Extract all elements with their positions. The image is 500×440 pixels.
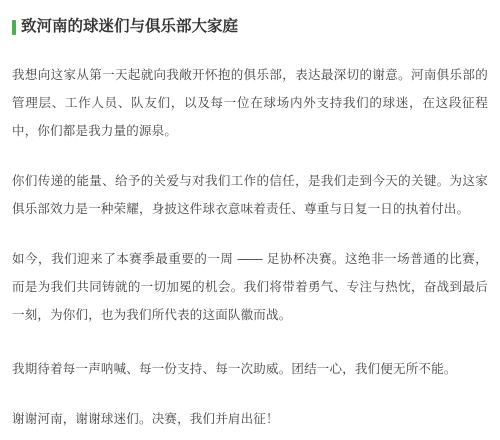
article-title-text: 致河南的球迷们与俱乐部大家庭 xyxy=(21,17,238,37)
paragraph-thanks-intro: 我想向这家从第一天起就向我敞开怀抱的俱乐部，表达最深切的谢意。河南俱乐部的管理层… xyxy=(12,61,488,145)
paragraph-energy-trust: 你们传递的能量、给予的关爱与对我们工作的信任，是我们走到今天的关键。为这家俱乐部… xyxy=(12,167,488,223)
title-accent-bar xyxy=(12,20,16,35)
paragraph-cup-final: 如今，我们迎来了本赛季最重要的一周 —— 足协杯决赛。这绝非一场普通的比赛，而是… xyxy=(12,245,488,329)
article-title: 致河南的球迷们与俱乐部大家庭 xyxy=(12,17,488,37)
article-page: 致河南的球迷们与俱乐部大家庭 我想向这家从第一天起就向我敞开怀抱的俱乐部，表达最… xyxy=(0,0,500,440)
paragraph-farewell: 谢谢河南，谢谢球迷们。决赛，我们并肩出征！ xyxy=(12,405,488,433)
paragraph-support-call: 我期待着每一声呐喊、每一份支持、每一次助威。团结一心，我们便无所不能。 xyxy=(12,355,488,383)
